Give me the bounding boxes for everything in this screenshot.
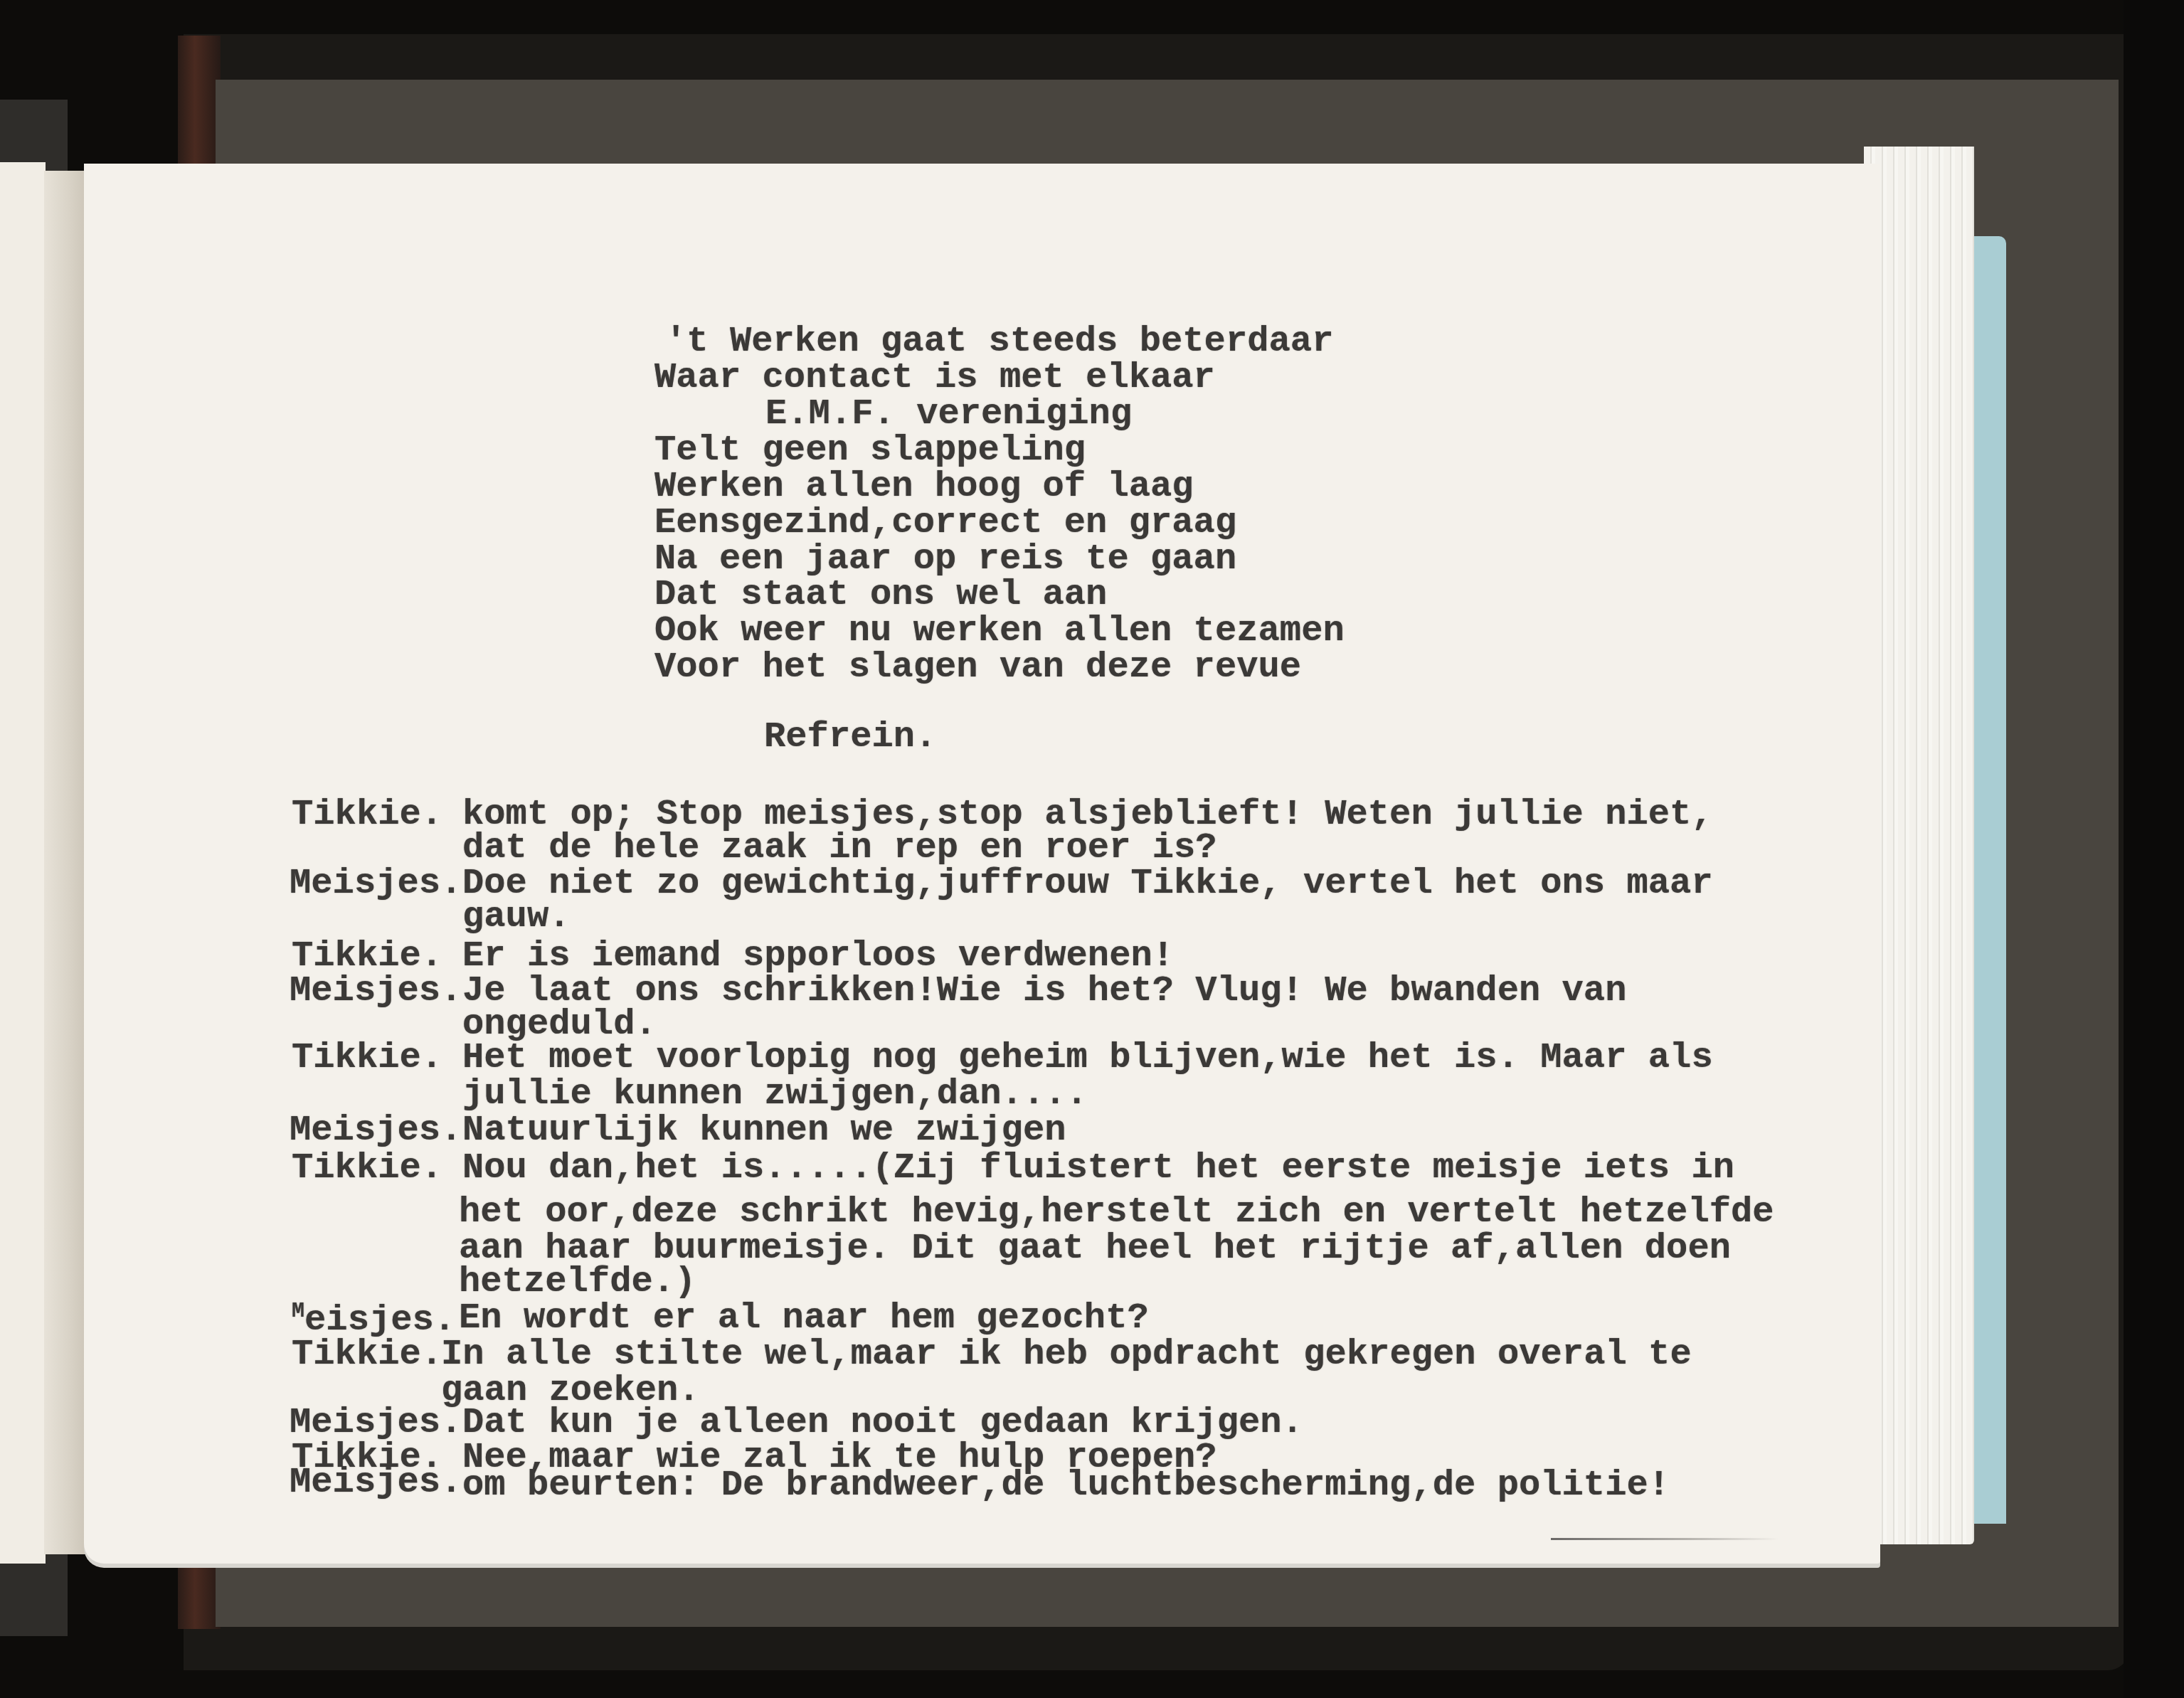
typed-underline-mark	[1551, 1538, 1779, 1540]
dialogue-line: Er is iemand spporloos verdwenen!	[462, 939, 1174, 975]
verse-line: E.M.F. vereniging	[765, 397, 1132, 433]
dialogue-line: dat de hele zaak in rep en roer is?	[462, 831, 1217, 867]
speaker-label: Tikkie.	[292, 1151, 442, 1187]
gutter-shadow	[44, 171, 85, 1554]
speaker-label: Meisjes.	[290, 1465, 462, 1502]
dialogue-line: hetzelfde.)	[459, 1265, 696, 1301]
speaker-initial: M	[292, 1300, 304, 1324]
speaker-label: Meisjes.	[292, 1301, 455, 1339]
speaker-label: Tikkie.	[292, 797, 442, 834]
dialogue-line: gauw.	[462, 900, 571, 936]
dialogue-line: En wordt er al naar hem gezocht?	[459, 1301, 1149, 1337]
speaker-label: Tikkie.	[292, 1337, 442, 1374]
verse-line: Na een jaar op reis te gaan	[654, 542, 1236, 578]
verse-line: Voor het slagen van deze revue	[654, 650, 1301, 686]
verse-line: 't Werken gaat steeds beterdaar	[665, 324, 1333, 361]
dialogue-line: Dat kun je alleen nooit gedaan krijgen.	[462, 1406, 1303, 1442]
verse-line: Ook weer nu werken allen tezamen	[654, 614, 1345, 650]
verse-line: Waar contact is met elkaar	[654, 361, 1215, 397]
dialogue-line: Het moet voorlopig nog geheim blijven,wi…	[462, 1041, 1713, 1077]
speaker-label: Meisjes.	[290, 866, 462, 903]
verse-line: Telt geen slappeling	[654, 433, 1086, 469]
background-edge	[2124, 0, 2184, 1698]
speaker-label: Meisjes.	[290, 1113, 462, 1150]
dialogue-line: In alle stilte wel,maar ik heb opdracht …	[441, 1337, 1692, 1374]
blue-divider-tab	[1972, 236, 2006, 1524]
dialogue-line: Doe niet zo gewichtig,juffrouw Tikkie, v…	[462, 866, 1713, 903]
dialogue-line: Natuurlijk kunnen we zwijgen	[462, 1113, 1066, 1150]
verse-line: Werken allen hoog of laag	[654, 469, 1194, 506]
speaker-label: Meisjes.	[290, 974, 462, 1010]
speaker-label: Tikkie.	[292, 939, 442, 975]
dialogue-line: het oor,deze schrikt hevig,herstelt zich…	[459, 1195, 1774, 1231]
dialogue-line: om beurten: De brandweer,de luchtbescher…	[462, 1468, 1670, 1505]
verse-line: Dat staat ons wel aan	[654, 578, 1107, 614]
dialogue-line: Nou dan,het is.....(Zij fluistert het ee…	[462, 1151, 1734, 1187]
speaker-label: Tikkie.	[292, 1041, 442, 1077]
page-stack-edges	[1864, 147, 1974, 1544]
verse-line: Eensgezind,correct en graag	[654, 506, 1236, 542]
speaker-label: Meisjes.	[290, 1406, 462, 1442]
refrain-label: Refrein.	[764, 720, 936, 756]
dialogue-line: jullie kunnen zwijgen,dan....	[462, 1077, 1088, 1113]
facing-page-edge	[0, 162, 46, 1564]
